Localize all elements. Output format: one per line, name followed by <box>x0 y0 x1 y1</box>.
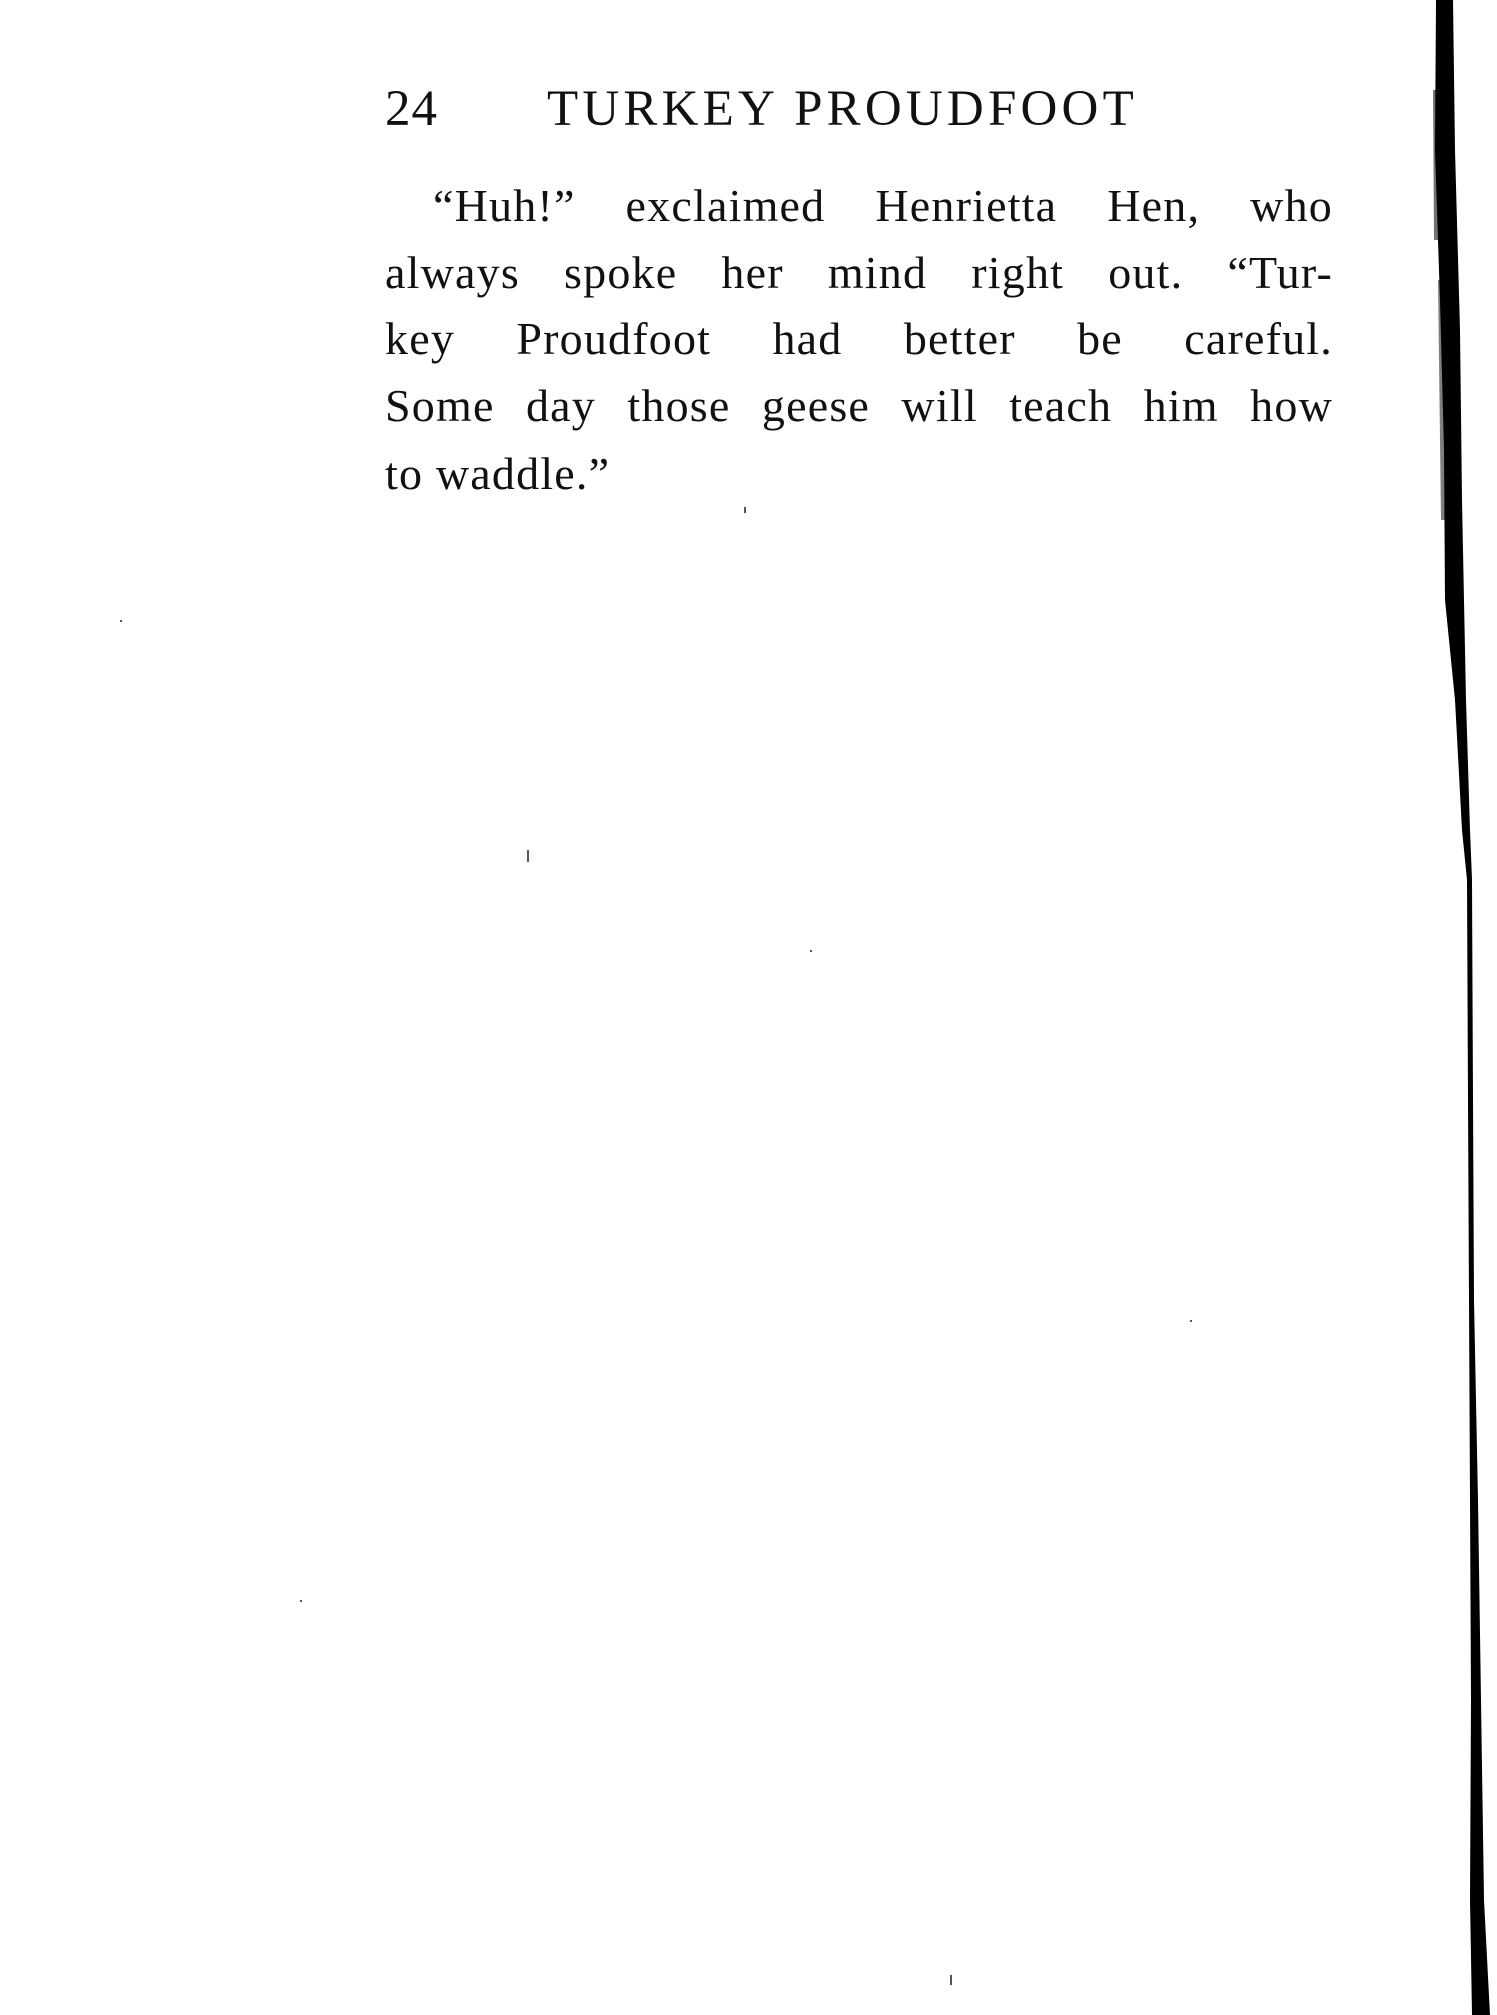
running-head: 24 TURKEY PROUDFOOT <box>385 84 1165 134</box>
scan-speck <box>1190 1320 1192 1322</box>
scan-speck <box>744 507 746 513</box>
scan-speck <box>120 620 122 622</box>
scan-speck <box>810 950 812 952</box>
running-title: TURKEY PROUDFOOT <box>547 84 1138 134</box>
page-number: 24 <box>385 84 438 134</box>
text-line-5: to waddle.” <box>385 444 610 504</box>
scan-speck <box>300 1600 302 1602</box>
text-line-1: “Huh!” exclaimed Henrietta Hen, who <box>433 176 1333 236</box>
book-page: 24 TURKEY PROUDFOOT “Huh!” exclaimed Hen… <box>0 0 1497 2015</box>
text-line-4: Some day those geese will teach him how <box>385 376 1333 436</box>
text-line-3: key Proudfoot had better be careful. <box>385 309 1333 369</box>
text-line-2: always spoke her mind right out. “Tur- <box>385 243 1333 303</box>
scan-speck <box>950 1975 952 1985</box>
scan-speck <box>527 850 529 862</box>
